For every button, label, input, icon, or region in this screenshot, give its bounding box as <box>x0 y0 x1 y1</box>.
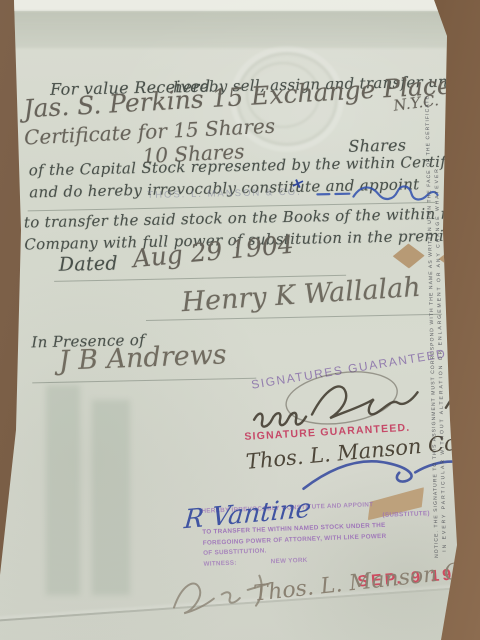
paper-sheet: For value Received hereby sell, assign a… <box>0 0 480 640</box>
tape-stain-diamond <box>438 245 473 272</box>
document-content: For value Received hereby sell, assign a… <box>0 0 480 640</box>
tape-stain-diamond <box>392 243 425 269</box>
photo-of-stock-transfer-document: For value Received hereby sell, assign a… <box>0 0 480 640</box>
witness-ruled-line <box>32 378 256 384</box>
seller-signature: Henry K Wallalah <box>181 272 422 318</box>
bottom-flourish-mark: C <box>458 591 471 610</box>
witness-signature: J B Andrews <box>58 339 227 376</box>
broker-name-stamp: THOS. L. MANSON & CO. <box>147 187 302 201</box>
printed-dated-label: Dated <box>59 253 119 276</box>
